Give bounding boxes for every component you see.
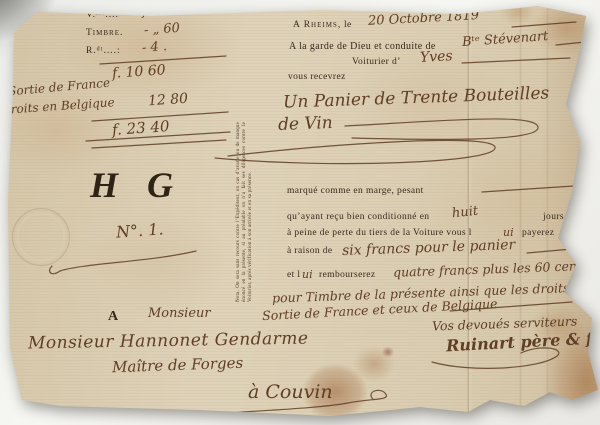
address-title: Maître de Forges (112, 354, 244, 377)
fee-sortie-note: Sortie de France (8, 76, 111, 99)
address-salutation: Monsieur (148, 306, 211, 321)
carrier-dash (556, 42, 585, 45)
remb-amount-handwritten: quatre francs plus les 60 centimes (393, 257, 600, 280)
fee-timbre-label: Timbre. (86, 28, 123, 38)
fee-voiture-label: V.ᵗʳᵉ.... (86, 10, 119, 20)
vous-recevrez: vous recevrez (288, 72, 346, 82)
document-paper: V.ᵗʳᵉ.... f 6 . Timbre. - „ 60 R.ᵈᵗ....:… (0, 0, 600, 425)
goods-line2: de Vin (278, 113, 333, 135)
address-a-printed: A (108, 309, 119, 325)
raison-printed: à raison de (287, 246, 333, 256)
fee-timbre-value: - „ 60 (144, 21, 181, 38)
fee-belgique-value: 12 80 (147, 91, 188, 110)
address-name: Monsieur Hannonet Gendarme (28, 329, 309, 354)
address-city: à Couvin (248, 381, 333, 403)
goods-flourish-1 (345, 119, 538, 139)
fee-subtotal: f. 10 60 (112, 62, 167, 82)
condition-line-pre: qu’ayant reçu bien conditionné en (287, 212, 429, 222)
merchandise-mark-initials: H G (90, 164, 183, 206)
embossed-seal (12, 208, 70, 266)
date-dash (512, 22, 576, 27)
marque-line: marqué comme en marge, pesant (287, 186, 424, 196)
fee-voiture-value: f 6 . (141, 1, 170, 19)
garde-de-dieu-line: A la garde de Dieu et conduite de (289, 41, 436, 52)
delay-handwritten: huit (451, 204, 479, 222)
voiturier-dash (462, 58, 570, 63)
voiturier-place-handwritten: Yves (420, 48, 453, 66)
fee-rdt-value: - 4 . (142, 39, 168, 56)
perte-line: à peine de perte du tiers de la Voiture … (287, 228, 472, 238)
numero-swash (50, 251, 196, 274)
condition-line-post: jours, (543, 212, 567, 222)
fee-rdt-label: R.ᵈᵗ....: (86, 46, 121, 56)
remb-mid: rembourserez (319, 270, 376, 280)
goods-line1: Un Panier de Trente Bouteilles (283, 83, 550, 112)
fee-belgique-note: droits en Belgique (3, 95, 115, 117)
perte-payerez: payerez (522, 228, 554, 238)
date-handwritten: 20 Octobre 1819 (368, 8, 480, 29)
paper-shadow-wrap: V.ᵗʳᵉ.... f 6 . Timbre. - „ 60 R.ᵈᵗ....:… (0, 0, 600, 425)
fee-total: f. 23 40 (111, 117, 170, 139)
nota-vertical-clause: Nota. On sera sans recours contre l’Expé… (236, 122, 254, 302)
photo-background: V.ᵗʳᵉ.... f 6 . Timbre. - „ 60 R.ᵈᵗ....:… (0, 0, 600, 425)
voiturier-printed: Voiturier d’ (352, 57, 401, 67)
total-underline-2 (92, 140, 226, 148)
place-printed: A Rheims, (293, 20, 341, 30)
place-le: le (341, 20, 351, 30)
remb-pre: et l (287, 270, 300, 280)
carrier-name-handwritten: Bᵗᵉ Stévenart (462, 29, 549, 50)
pesant-dash (482, 186, 574, 192)
raison-dash (527, 249, 572, 253)
vertical-crease (519, 0, 522, 425)
goods-flourish-2 (215, 140, 495, 163)
price-handwritten: six francs pour le panier (342, 237, 516, 259)
package-number: N°. 1. (115, 219, 164, 241)
remb-lui-handwritten: ui (302, 268, 313, 281)
